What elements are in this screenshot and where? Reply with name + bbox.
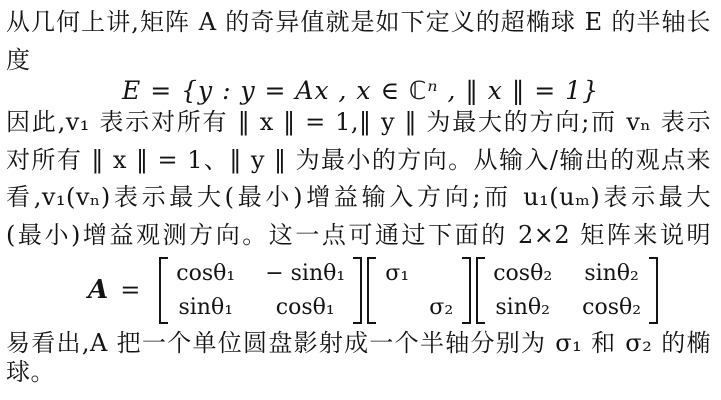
body-line-7: 易看出,A 把一个单位圆盘影射成一个半轴分别为 σ₁ 和 σ₂ 的椭 — [6, 327, 711, 359]
matrix-cell-r2c2: cosθ₂ — [582, 295, 641, 320]
rotation-matrix-theta1: cosθ₁ − sinθ₁ sinθ₁ cosθ₁ — [159, 257, 362, 324]
body-line-4: 对所有 ‖ x ‖ = 1、‖ y ‖ 为最小的方向。从输入/输出的观点来 — [6, 144, 711, 176]
ellipsoid-set-formula: E = {y : y = Ax , x ∈ ℂⁿ , ‖ x ‖ = 1} — [0, 76, 721, 105]
matrix-cell-r2c1: sinθ₂ — [493, 295, 552, 320]
equation-lhs: A — [88, 275, 108, 305]
body-line-3: 因此,v₁ 表示对所有 ‖ x ‖ = 1,‖ y ‖ 为最大的方向;而 vₙ … — [6, 106, 711, 138]
body-line-5: 看,v₁(vₙ)表示最大(最小)增益输入方向;而 u₁(uₘ)表示最大 — [6, 181, 711, 213]
equation-equals-sign: = — [120, 276, 140, 304]
matrix-cell-r2c2: cosθ₁ — [265, 295, 345, 320]
body-line-1: 从几何上讲,矩阵 A 的奇异值就是如下定义的超椭球 E 的半轴长 — [6, 6, 711, 38]
body-line-2: 度 — [6, 44, 711, 76]
left-bracket — [367, 257, 376, 324]
scanned-textbook-page: 从几何上讲,矩阵 A 的奇异值就是如下定义的超椭球 E 的半轴长 度 E = {… — [0, 0, 721, 400]
rotation-matrix-theta2: cosθ₂ sinθ₂ sinθ₂ cosθ₂ — [476, 257, 658, 324]
body-line-8: 球。 — [6, 356, 711, 388]
matrix-cell-r2c2: σ₂ — [426, 295, 456, 320]
right-bracket — [649, 257, 658, 324]
left-bracket — [159, 257, 168, 324]
right-bracket — [462, 257, 471, 324]
matrix-cell-r1c1: σ₁ — [382, 261, 412, 286]
matrix-cell-r1c2: − sinθ₁ — [265, 261, 345, 286]
right-bracket — [353, 257, 362, 324]
body-line-6: (最小)增益观测方向。这一点可通过下面的 2×2 矩阵来说明 — [6, 219, 711, 251]
svd-2x2-matrix-equation: A = cosθ₁ − sinθ₁ sinθ₁ cosθ₁ σ₁ σ₂ — [88, 256, 658, 324]
matrix-cell-r2c1: sinθ₁ — [176, 295, 235, 320]
matrix-cell-r1c1: cosθ₁ — [176, 261, 235, 286]
left-bracket — [476, 257, 485, 324]
matrix-cell-r1c1: cosθ₂ — [493, 261, 552, 286]
matrix-cell-r1c2: sinθ₂ — [582, 261, 641, 286]
singular-value-diagonal-matrix: σ₁ σ₂ — [367, 257, 471, 324]
